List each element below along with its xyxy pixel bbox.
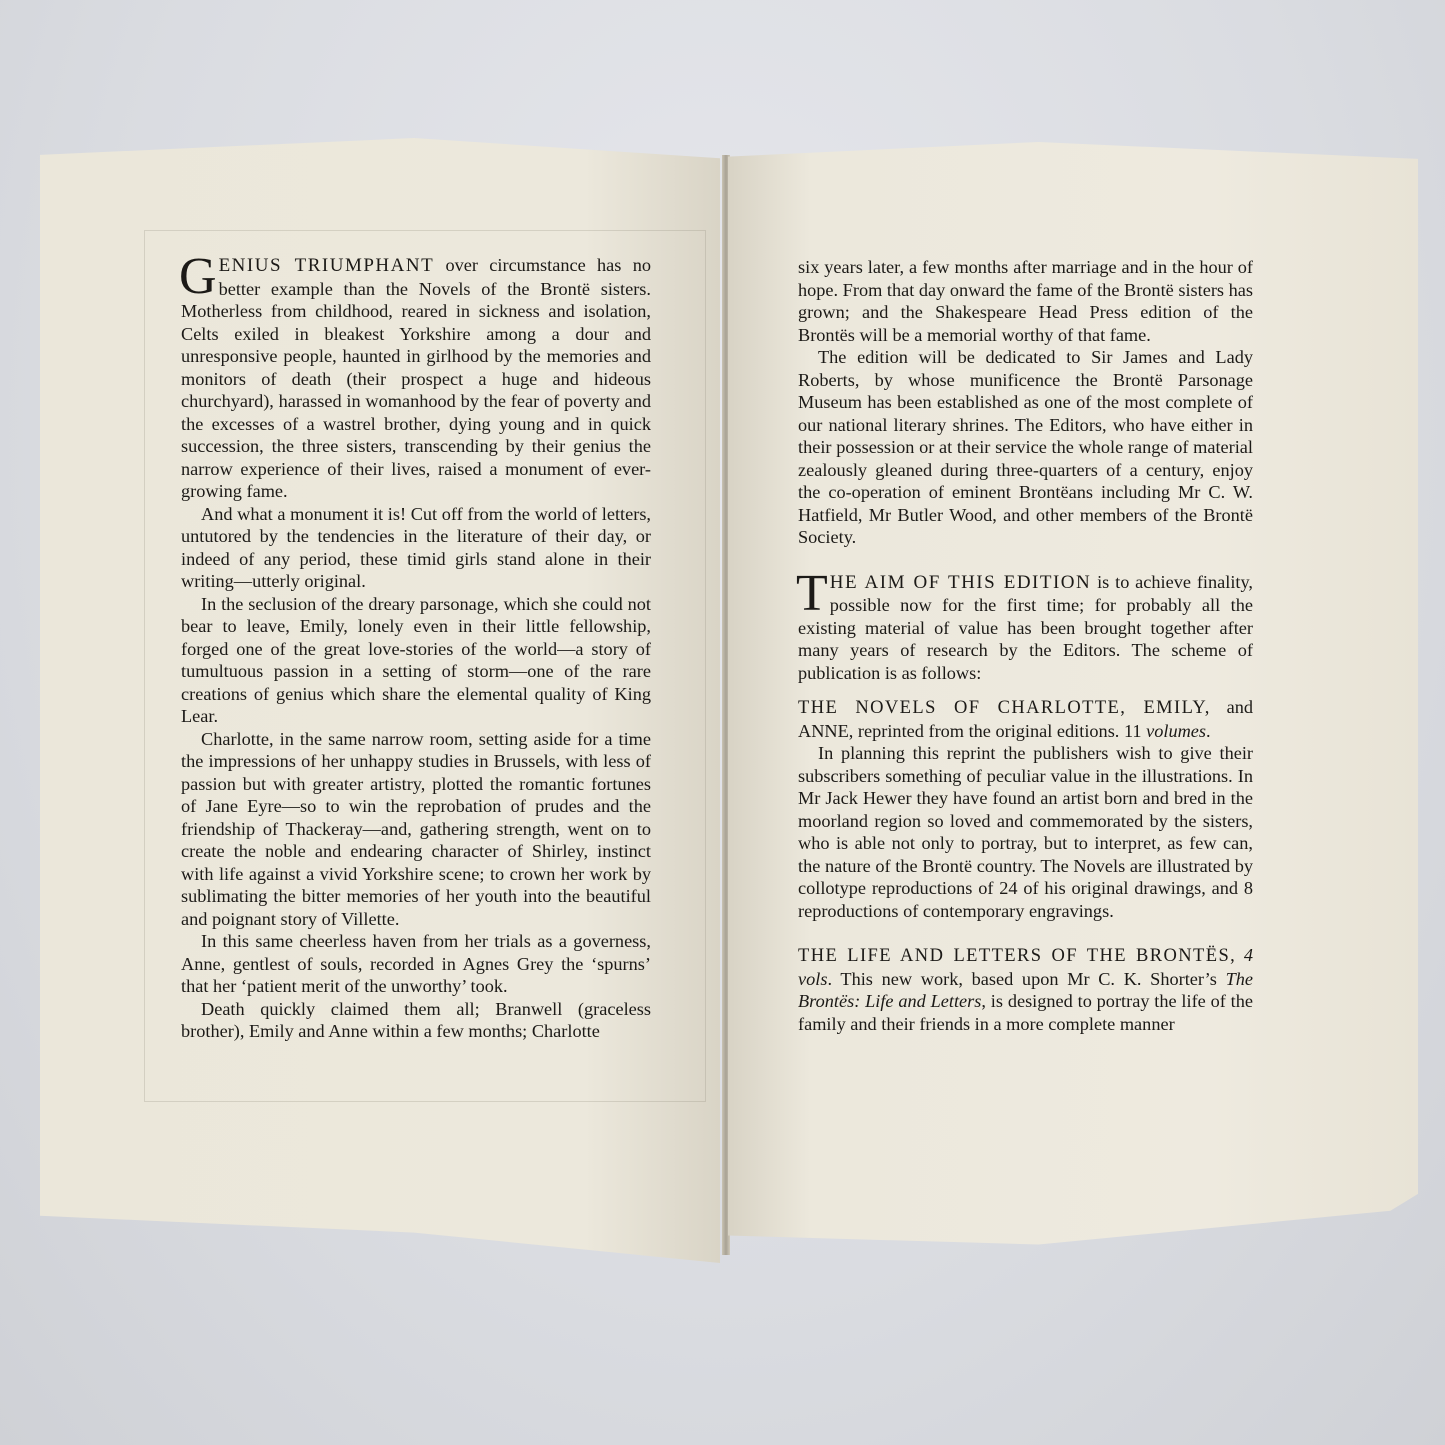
life-letters-text-a: . This new work, based upon Mr C. K. Sho…: [827, 969, 1225, 989]
aim-paragraph: THE AIM OF THIS EDITION is to achieve fi…: [798, 571, 1253, 685]
paragraph-anne: In this same cheerless haven from her tr…: [181, 930, 651, 998]
novels-end: .: [1206, 721, 1211, 741]
paragraph-charlotte: Charlotte, in the same narrow room, sett…: [181, 728, 651, 931]
paragraph-monument: And what a monument it is! Cut off from …: [181, 503, 651, 593]
novels-volume-label: volumes: [1142, 721, 1206, 741]
paragraph-emily: In the seclusion of the dreary parsonage…: [181, 593, 651, 728]
lead-caps: ENIUS TRIUMPHANT: [219, 255, 435, 276]
section-gap: [798, 922, 1253, 944]
continuation-paragraph: six years later, a few months after marr…: [798, 256, 1253, 346]
section-gap: [798, 684, 1253, 696]
open-booklet: GENIUS TRIUMPHANT over circumstance has …: [0, 0, 1445, 1445]
life-letters-heading: THE LIFE AND LETTERS OF THE BRONTËS,: [798, 946, 1236, 966]
right-page: six years later, a few months after marr…: [728, 142, 1418, 1267]
novels-volume-count: 11: [1124, 721, 1142, 741]
intro-paragraph: GENIUS TRIUMPHANT over circumstance has …: [181, 254, 651, 503]
left-page: GENIUS TRIUMPHANT over circumstance has …: [40, 138, 720, 1263]
right-text-block: six years later, a few months after marr…: [798, 256, 1253, 1035]
life-letters-entry: THE LIFE AND LETTERS OF THE BRONTËS, 4 v…: [798, 944, 1253, 1035]
paragraph-death: Death quickly claimed them all; Branwell…: [181, 998, 651, 1043]
left-text-block: GENIUS TRIUMPHANT over circumstance has …: [181, 254, 651, 1043]
novels-heading: THE NOVELS OF CHARLOTTE, EMILY,: [798, 698, 1211, 718]
section-gap: [798, 549, 1253, 571]
dropcap-g: G: [179, 254, 217, 297]
novels-text: , reprinted from the original editions.: [849, 721, 1124, 741]
intro-text: over circumstance has no better example …: [181, 255, 651, 501]
novels-entry: THE NOVELS OF CHARLOTTE, EMILY, and ANNE…: [798, 696, 1253, 742]
dropcap-t: T: [796, 571, 828, 614]
aim-lead-caps: HE AIM OF THIS EDITION: [830, 572, 1091, 593]
illustrations-paragraph: In planning this reprint the publishers …: [798, 742, 1253, 922]
dedication-paragraph: The edition will be dedicated to Sir Jam…: [798, 346, 1253, 549]
